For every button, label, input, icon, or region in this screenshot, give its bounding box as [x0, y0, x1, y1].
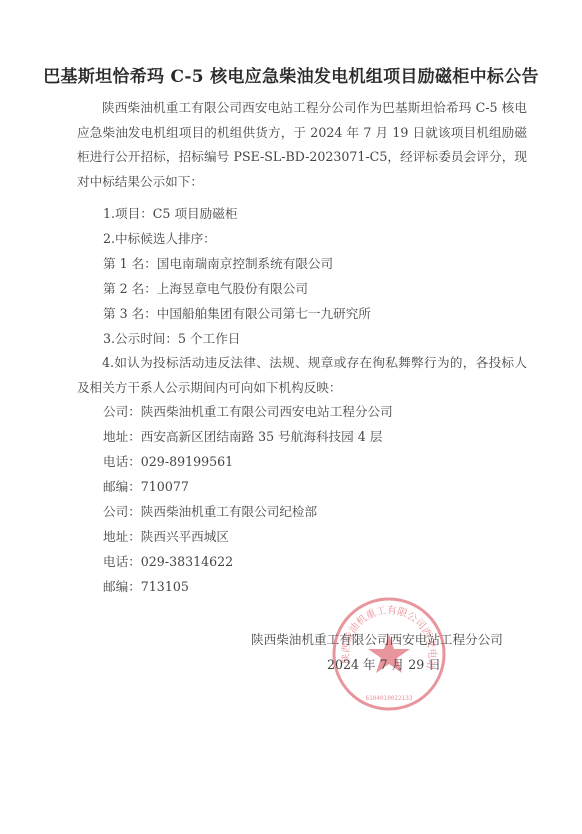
svg-text:6104010022133: 6104010022133: [366, 695, 413, 702]
candidate-1: 第 1 名：国电南瑞南京控制系统有限公司: [103, 252, 333, 277]
item-project: 1.项目：C5 项目励磁柜: [103, 202, 237, 227]
signature-date: 2024 年 7 月 29 日: [327, 654, 441, 673]
contact-1-address: 地址：西安高新区团结南路 35 号航海科技园 4 层: [103, 425, 382, 450]
contact-1-postcode: 邮编：710077: [103, 475, 189, 500]
intro-paragraph: 陕西柴油机重工有限公司西安电站工程分公司作为巴基斯坦恰希玛 C-5 核电应急柴油…: [77, 96, 527, 194]
candidate-2: 第 2 名：上海昱章电气股份有限公司: [103, 277, 308, 302]
contact-2-postcode: 邮编：713105: [103, 575, 189, 600]
document-title: 巴基斯坦恰希玛 C-5 核电应急柴油发电机组项目励磁柜中标公告: [0, 62, 582, 87]
contact-2-address: 地址：陕西兴平西城区: [103, 525, 229, 550]
item-candidates-heading: 2.中标候选人排序：: [103, 227, 216, 252]
item-publicity-period: 3.公示时间：5 个工作日: [103, 327, 240, 352]
contact-1-company: 公司：陕西柴油机重工有限公司西安电站工程分公司: [103, 400, 393, 425]
contact-2-company: 公司：陕西柴油机重工有限公司纪检部: [103, 500, 317, 525]
contact-1-phone: 电话：029-89199561: [103, 450, 233, 475]
signature-org: 陕西柴油机重工有限公司西安电站工程分公司: [251, 629, 503, 648]
candidate-3: 第 3 名：中国船舶集团有限公司第七一九研究所: [103, 302, 371, 327]
item-complaint: 4.如认为投标活动违反法律、法规、规章或存在徇私舞弊行为的，各投标人及相关方干系…: [77, 351, 527, 400]
contact-2-phone: 电话：029-38314622: [103, 550, 233, 575]
